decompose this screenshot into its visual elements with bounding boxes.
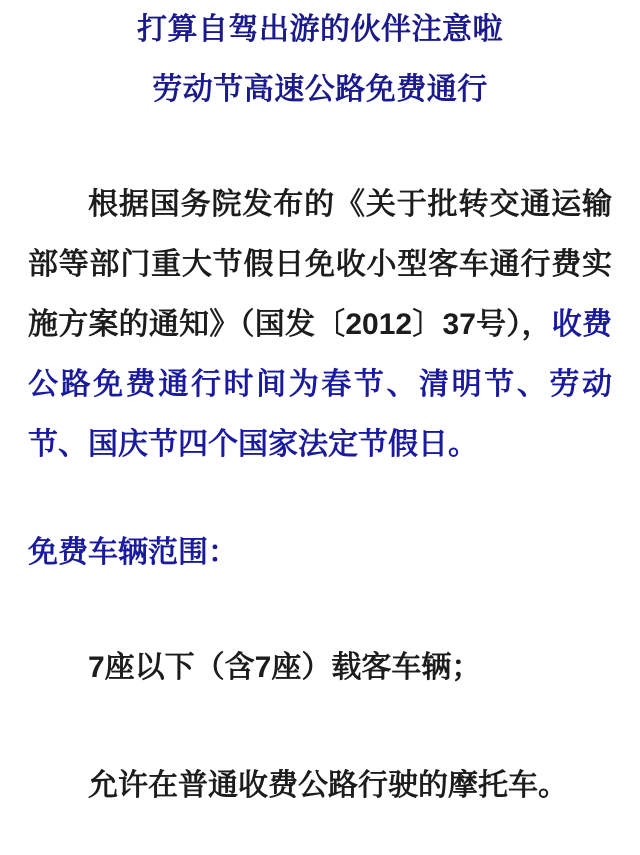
- article-title-line2: 劳动节高速公路免费通行: [28, 60, 612, 120]
- vehicle-item-seven-seats: 7座以下（含7座）载客车辆；: [28, 638, 612, 698]
- intro-text-black: 根据国务院发布的《关于批转交通运输部等部门重大节假日免收小型客车通行费实施方案的…: [28, 188, 612, 341]
- article-title-line1: 打算自驾出游的伙伴注意啦: [28, 0, 612, 60]
- intro-paragraph: 根据国务院发布的《关于批转交通运输部等部门重大节假日免收小型客车通行费实施方案的…: [28, 175, 612, 475]
- article: 打算自驾出游的伙伴注意啦 劳动节高速公路免费通行 根据国务院发布的《关于批转交通…: [0, 0, 640, 855]
- vehicle-item-motorcycles: 允许在普通收费公路行驶的摩托车。: [28, 756, 612, 816]
- section-header-free-vehicle-scope: 免费车辆范围：: [28, 523, 612, 583]
